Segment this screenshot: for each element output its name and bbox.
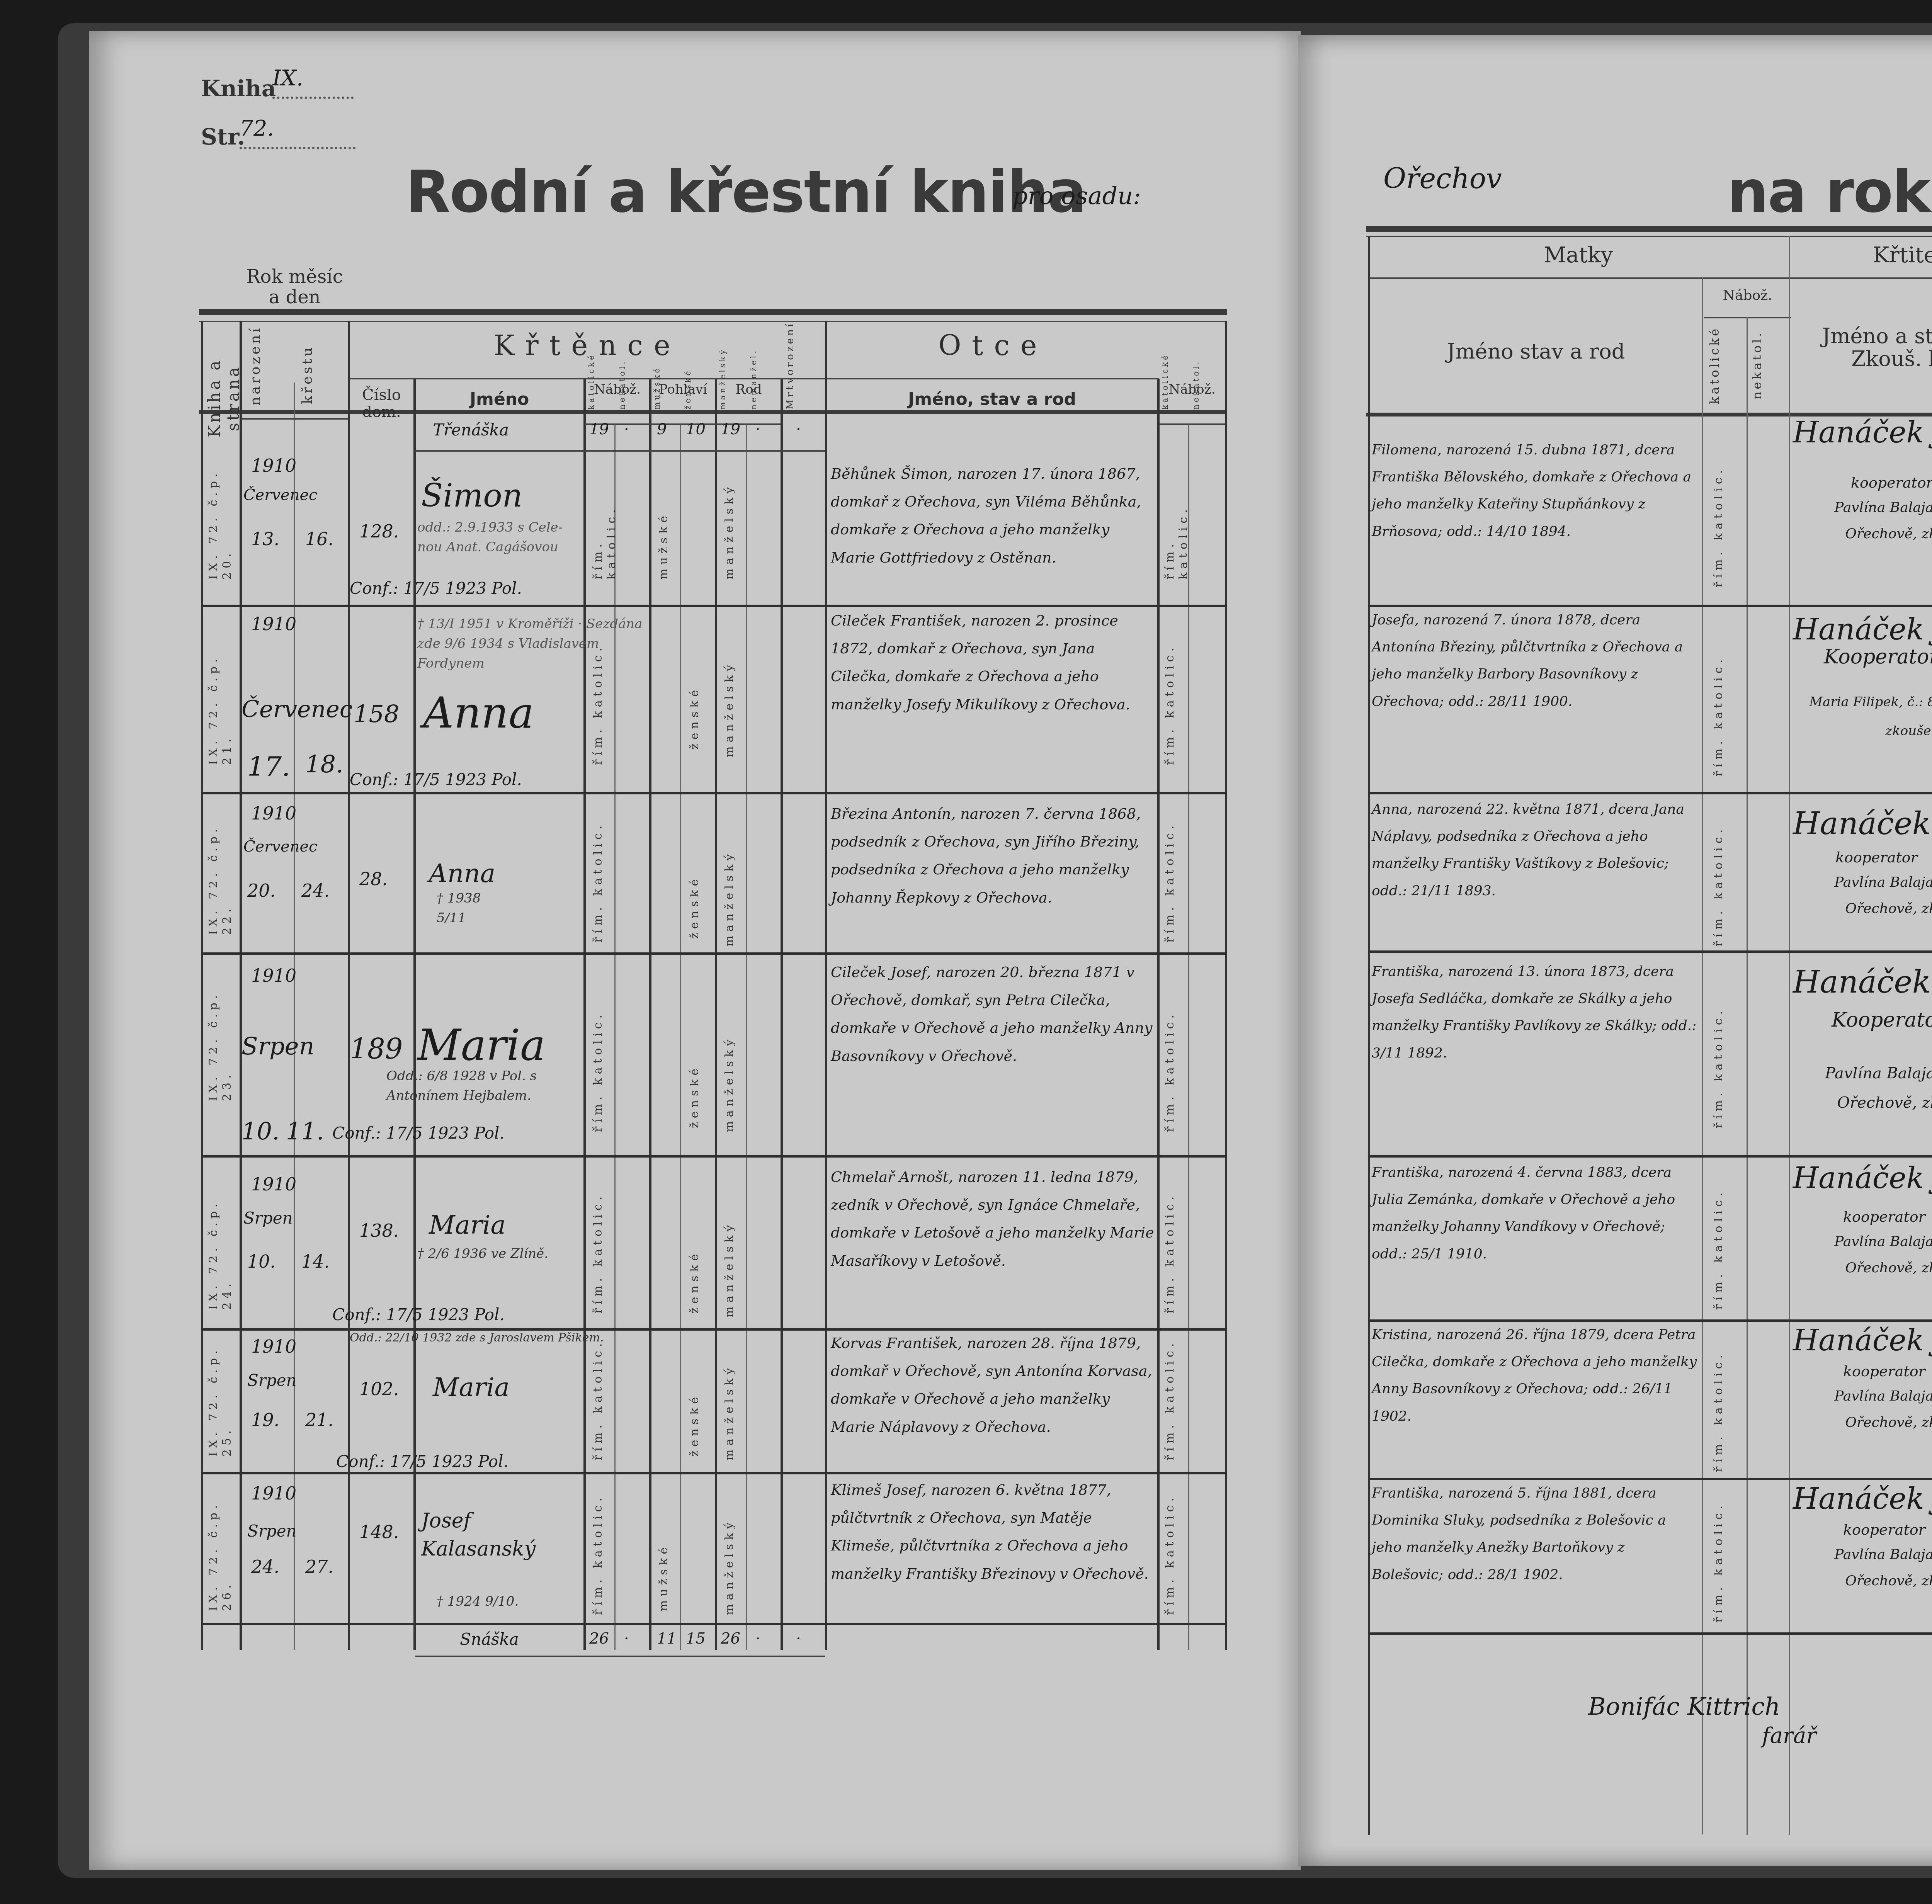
summary-katolicke: 26 bbox=[589, 1627, 609, 1651]
entry-baptism-day: 14. bbox=[301, 1248, 330, 1275]
hdr-otce-jmeno: Jméno, stav a rod bbox=[827, 390, 1157, 409]
entry-baptizer: Hanáček Josef bbox=[1793, 800, 1932, 848]
entry-birth-day: 13. bbox=[251, 525, 279, 553]
entry-baptizer: Hanáček Josef bbox=[1793, 1155, 1932, 1201]
entry-birth-day: 24. bbox=[251, 1553, 279, 1581]
priest-title: farář bbox=[1762, 1723, 1816, 1748]
entry-father-religion: řím. katolic. bbox=[1163, 970, 1177, 1132]
row-line bbox=[201, 952, 1227, 955]
entry-midwife: Maria Filipek, č.: 83 v Ořechově, zkouše… bbox=[1797, 688, 1932, 746]
col-line bbox=[649, 379, 651, 1650]
entry-house-number: 138. bbox=[359, 1217, 399, 1244]
str-value: 72. bbox=[240, 116, 355, 149]
entry-confirmation: Conf.: 17/5 1923 Pol. bbox=[350, 576, 522, 601]
entry-sex: mužské bbox=[657, 479, 670, 580]
row-line bbox=[1368, 950, 1932, 953]
entry-baptizer-title: Kooperator. bbox=[1824, 641, 1932, 673]
row-line bbox=[201, 1623, 1227, 1625]
summary-muzske: 11 bbox=[657, 1627, 677, 1651]
entry-baptizer-title: kooperator bbox=[1843, 1205, 1925, 1228]
entry-father: Běhůnek Šimon, narozen 17. února 1867, d… bbox=[831, 460, 1155, 571]
header-rule bbox=[199, 309, 1227, 315]
entry-religion: řím. katolic. bbox=[591, 1337, 605, 1460]
col-line bbox=[201, 321, 203, 1650]
header-subline bbox=[1368, 277, 1932, 279]
carry-over-label: Třenáška bbox=[433, 417, 509, 442]
entry-midwife: Pavlína Balaja, č.: 101 v Ořechově, zkou… bbox=[1797, 1229, 1932, 1282]
entry-note: Odd.: 6/8 1928 v Pol. s Antonínem Hejbal… bbox=[386, 1066, 583, 1106]
entry-baptism-day: 18. bbox=[305, 746, 344, 783]
carry-mrtvorozeni: · bbox=[796, 417, 801, 441]
entry-child-name: Josef Kalasanský bbox=[421, 1507, 583, 1563]
entry-mother: Františka, narozená 13. února 1873, dcer… bbox=[1372, 958, 1700, 1067]
entry-house-number: 128. bbox=[359, 518, 399, 545]
hdr-nemanzel: nemanžel. bbox=[749, 386, 776, 410]
hdr-jmeno: Jméno bbox=[415, 390, 583, 409]
hdr-matky-nekatol: nekatol. bbox=[1750, 321, 1788, 410]
col-line bbox=[1188, 425, 1189, 1650]
entry-sex: mužské bbox=[657, 1495, 670, 1611]
entry-house-number: 102. bbox=[359, 1375, 399, 1403]
entry-midwife: Pavlína Balaja, č.: 101 v Ořechově, zkou… bbox=[1797, 869, 1932, 922]
col-line bbox=[715, 379, 717, 1650]
entry-month: Srpen bbox=[247, 1518, 297, 1544]
entry-confirmation: Conf.: 17/5 1923 Pol. bbox=[350, 767, 522, 792]
col-line bbox=[746, 425, 747, 1650]
entry-baptism-day: 24. bbox=[301, 877, 330, 904]
entry-mother: Kristina, narozená 26. října 1879, dcera… bbox=[1372, 1321, 1700, 1430]
entry-father: Korvas František, narozen 28. října 1879… bbox=[831, 1329, 1155, 1441]
hdr-otce-nekatol: nekatol. bbox=[1191, 386, 1218, 410]
entry-month: Červenec bbox=[241, 692, 352, 728]
entry-note: Odd.: 22/10 1932 zde s Jaroslavem Pšikem… bbox=[350, 1329, 659, 1346]
summary-manzelsky: 26 bbox=[721, 1627, 740, 1651]
col-line bbox=[294, 382, 295, 1650]
entry-mother: Josefa, narozená 7. února 1878, dcera An… bbox=[1372, 607, 1700, 715]
entry-baptizer-title: kooperator bbox=[1835, 846, 1918, 869]
entry-sex: ženské bbox=[688, 823, 701, 939]
hdr-rok: Rok měsíc a den bbox=[241, 267, 348, 308]
entry-legitimacy: manželský bbox=[723, 1337, 736, 1460]
str-label: Str. bbox=[201, 124, 245, 150]
entry-child-name: Šimon bbox=[421, 471, 522, 520]
row-line bbox=[201, 1155, 1227, 1158]
hdr-otce: Otce bbox=[827, 330, 1159, 361]
entry-kniha: IX. 72. č.p. 26. bbox=[207, 1480, 234, 1611]
entry-baptizer-title: kooperator bbox=[1851, 471, 1932, 494]
entry-confirmation: Conf.: 17/5 1923 Pol. bbox=[332, 1120, 505, 1146]
entry-month: Srpen bbox=[243, 1205, 293, 1231]
entry-father: Březina Antonín, narozen 7. června 1868,… bbox=[831, 800, 1155, 911]
entry-baptism-day: 21. bbox=[305, 1406, 333, 1434]
entry-mother: Filomena, narozená 15. dubna 1871, dcera… bbox=[1372, 437, 1700, 545]
col-line bbox=[825, 321, 827, 1650]
col-line bbox=[583, 379, 586, 1650]
entry-month: Srpen bbox=[247, 1368, 297, 1393]
entry-religion: řím. katolic. bbox=[591, 464, 618, 580]
entry-religion: řím. katolic. bbox=[591, 970, 605, 1132]
entry-birth-day: 10. bbox=[241, 1113, 280, 1150]
entry-religion: řím. katolic. bbox=[591, 1167, 605, 1314]
entry-month: Červenec bbox=[243, 835, 318, 858]
register-title: Rodní a křestní kniha bbox=[406, 158, 1086, 226]
header-subline bbox=[585, 423, 781, 425]
header-subline bbox=[241, 418, 348, 420]
hdr-krtitele: Křtitele bbox=[1789, 243, 1932, 267]
entry-house-number: 158 bbox=[354, 695, 399, 733]
entry-note: † 1938 5/11 bbox=[437, 889, 514, 928]
hdr-zenske: ženské bbox=[683, 386, 710, 410]
entry-father-religion: řím. katolic. bbox=[1163, 1337, 1177, 1460]
entry-father: Cileček Josef, narozen 20. března 1871 v… bbox=[831, 958, 1155, 1070]
entry-mother: Františka, narozená 5. října 1881, dcera… bbox=[1372, 1480, 1700, 1588]
entry-kniha: IX. 72. č.p. 21. bbox=[207, 618, 234, 765]
col-line bbox=[240, 321, 242, 1650]
summary-label: Snáška bbox=[460, 1627, 519, 1652]
entry-midwife: Pavlína Balaja, č.: 101 v Ořechově, zkou… bbox=[1797, 1542, 1932, 1595]
entry-child-name: Maria bbox=[429, 1205, 506, 1245]
carry-muzske: 9 bbox=[657, 417, 667, 441]
entry-religion: řím. katolic. bbox=[591, 618, 605, 765]
carry-nekatol: · bbox=[624, 417, 629, 441]
entry-legitimacy: manželský bbox=[723, 467, 736, 580]
entry-father-religion: řím. katolic. bbox=[1163, 811, 1177, 943]
col-line bbox=[1702, 277, 1703, 1834]
summary-nemanzel: · bbox=[755, 1627, 760, 1651]
entry-father-religion: řím. katolic. bbox=[1163, 464, 1190, 580]
entry-note: † 2/6 1936 ve Zlíně. bbox=[417, 1244, 583, 1264]
carry-line bbox=[415, 450, 825, 452]
parish-name: Ořechov bbox=[1383, 162, 1502, 195]
hdr-krtitele-jmeno: Jméno a stav jeho Zkouš. bába bbox=[1791, 325, 1932, 371]
entry-midwife: Pavlína Balaja, č.: 101 v Ořechově, zkou… bbox=[1797, 1383, 1932, 1436]
carry-zenske: 10 bbox=[686, 417, 706, 441]
entry-year: 1910 bbox=[251, 1480, 296, 1507]
entry-midwife: Pavlína Balaja, č.: 101 v Ořechově, zkou… bbox=[1797, 495, 1932, 547]
carry-katolicke: 19 bbox=[589, 417, 609, 441]
summary-line bbox=[415, 1656, 825, 1657]
entry-father-religion: řím. katolic. bbox=[1163, 1167, 1177, 1314]
col-line bbox=[1157, 379, 1160, 1650]
entry-birth-day: 20. bbox=[247, 877, 276, 904]
header-rule-thin bbox=[199, 321, 1227, 322]
entry-year: 1910 bbox=[251, 1333, 296, 1360]
row-line bbox=[201, 792, 1227, 794]
entry-birth-day: 17. bbox=[247, 746, 290, 788]
col-line bbox=[781, 379, 783, 1650]
entry-baptizer: Hanáček Josef bbox=[1793, 410, 1932, 455]
entry-baptism-day: 27. bbox=[305, 1553, 333, 1581]
summary-zenske: 15 bbox=[686, 1627, 706, 1651]
entry-legitimacy: manželský bbox=[723, 626, 736, 757]
col-line bbox=[1225, 321, 1227, 1650]
entry-kniha: IX. 72. č.p. 24. bbox=[207, 1163, 234, 1310]
entry-note: † 1924 9/10. bbox=[437, 1592, 522, 1612]
hdr-krestu: křestu bbox=[299, 344, 342, 406]
col-line bbox=[614, 425, 616, 1650]
entry-father-religion: řím. katolic. bbox=[1163, 1484, 1177, 1615]
entry-baptism-day: 16. bbox=[305, 525, 333, 553]
entry-child-name: Maria bbox=[433, 1368, 510, 1407]
entry-baptizer: Hanáček Josef bbox=[1793, 1476, 1932, 1521]
hdr-matky: Matky bbox=[1368, 243, 1789, 267]
entry-baptizer: Hanáček Josef bbox=[1793, 958, 1932, 1006]
entry-mother: Anna, narozená 22. května 1871, dcera Ja… bbox=[1372, 796, 1700, 904]
summary-mrtvorozeni: · bbox=[796, 1627, 801, 1651]
entry-house-number: 148. bbox=[359, 1518, 399, 1546]
entry-confirmation: Conf.: 17/5 1923 Pol. bbox=[332, 1302, 505, 1327]
entry-kniha: IX. 72. č.p. 23. bbox=[207, 962, 234, 1101]
header-subline bbox=[827, 378, 1159, 379]
entry-mother-religion: řím. katolic. bbox=[1712, 1325, 1725, 1472]
parish-prefix: pro osadu: bbox=[1012, 182, 1141, 210]
entry-mother-religion: řím. katolic. bbox=[1712, 800, 1725, 947]
entry-sex: ženské bbox=[688, 1348, 701, 1457]
entry-father: Chmelař Arnošt, narozen 11. ledna 1879, … bbox=[831, 1163, 1155, 1275]
entry-month: Červenec bbox=[243, 483, 318, 507]
hdr-matky-naboz: Nábož. bbox=[1704, 288, 1791, 303]
entry-birth-day: 10. bbox=[247, 1248, 276, 1275]
entry-year: 1910 bbox=[251, 452, 296, 479]
kniha-label: Kniha bbox=[201, 75, 276, 102]
entry-year: 1910 bbox=[251, 800, 296, 827]
header-subline bbox=[1159, 423, 1225, 425]
entry-baptizer-title: Kooperator bbox=[1832, 1005, 1932, 1036]
row-line bbox=[1368, 792, 1932, 794]
col-line bbox=[1789, 236, 1790, 1835]
entry-note: odd.: 2.9.1933 s Cele-nou Anat. Cagášovo… bbox=[417, 518, 583, 557]
carry-manzelsky: 19 bbox=[721, 417, 740, 441]
entry-birth-day: 19. bbox=[251, 1406, 279, 1434]
entry-religion: řím. katolic. bbox=[591, 1484, 605, 1615]
entry-legitimacy: manželský bbox=[723, 977, 736, 1132]
entry-mother-religion: řím. katolic. bbox=[1712, 433, 1725, 587]
entry-father: Cileček František, narozen 2. prosince 1… bbox=[831, 607, 1155, 718]
hdr-matky-jmeno: Jméno stav a rod bbox=[1370, 340, 1702, 363]
hdr-mrtvorozeni: Mrtvorození bbox=[784, 382, 823, 410]
year-title: na rok 1 bbox=[1727, 158, 1932, 226]
entry-sex: ženské bbox=[688, 634, 701, 750]
entry-confirmation: Conf.: 17/5 1923 Pol. bbox=[336, 1449, 509, 1474]
entry-child-name: Anna bbox=[423, 680, 534, 746]
header-rule-thin bbox=[1366, 236, 1932, 237]
entry-baptism-day: 11. bbox=[286, 1113, 324, 1150]
entry-legitimacy: manželský bbox=[723, 1484, 736, 1615]
entry-month: Srpen bbox=[241, 1028, 314, 1065]
entry-house-number: 28. bbox=[359, 865, 388, 893]
entry-midwife: Pavlína Balaja, č.: 101 v Ořechově, zkou… bbox=[1797, 1059, 1932, 1117]
priest-signature: Bonifác Kittrich bbox=[1588, 1692, 1780, 1720]
entry-kniha: IX. 72. č.p. 25. bbox=[207, 1333, 234, 1457]
col-line bbox=[680, 425, 681, 1650]
entry-mother-religion: řím. katolic. bbox=[1712, 614, 1725, 777]
entry-baptizer-title: kooperator bbox=[1843, 1518, 1925, 1541]
row-line bbox=[1368, 1632, 1932, 1635]
entry-baptizer-title: kooperator bbox=[1843, 1360, 1925, 1383]
entry-religion: řím. katolic. bbox=[591, 811, 605, 943]
entry-mother-religion: řím. katolic. bbox=[1712, 1163, 1725, 1310]
entry-child-name: Anna bbox=[429, 854, 495, 893]
entry-kniha: IX. 72. č.p. 20. bbox=[207, 452, 234, 580]
entry-mother: Františka, narozená 4. června 1883, dcer… bbox=[1372, 1159, 1700, 1268]
entry-baptizer: Hanáček Josef bbox=[1793, 1317, 1932, 1363]
hdr-otce-katolicke: katolické bbox=[1160, 386, 1187, 410]
entry-mother-religion: řím. katolic. bbox=[1712, 966, 1725, 1128]
header-rule bbox=[1366, 226, 1932, 232]
col-line bbox=[1747, 317, 1748, 1835]
hdr-manzelsky: manželský bbox=[718, 386, 745, 410]
entry-mother-religion: řím. katolic. bbox=[1712, 1484, 1725, 1623]
hdr-cislo: Číslo dom. bbox=[350, 386, 413, 420]
entry-father: Klimeš Josef, narozen 6. května 1877, pů… bbox=[831, 1476, 1155, 1588]
entry-year: 1910 bbox=[251, 610, 296, 638]
entry-year: 1910 bbox=[251, 962, 296, 989]
entry-sex: ženské bbox=[688, 1182, 701, 1314]
hdr-narozeni: narození bbox=[247, 344, 290, 406]
entry-kniha: IX. 72. č.p. 22. bbox=[207, 804, 234, 935]
entry-legitimacy: manželský bbox=[723, 1171, 736, 1317]
carry-nemanzel: · bbox=[755, 417, 760, 441]
kniha-value: IX. bbox=[272, 66, 354, 99]
hdr-nekatol: nekatol. bbox=[617, 386, 645, 410]
entry-year: 1910 bbox=[251, 1171, 296, 1198]
hdr-katolicke: katolické bbox=[587, 386, 614, 410]
hdr-muzske: mužské bbox=[652, 386, 679, 410]
hdr-matky-katolicke: katolické bbox=[1707, 321, 1746, 410]
entry-legitimacy: manželský bbox=[723, 815, 736, 947]
hdr-kniha-strana: Kniha a strana bbox=[205, 325, 236, 471]
summary-nekatol: · bbox=[624, 1627, 629, 1651]
entry-house-number: 189 bbox=[350, 1028, 403, 1071]
entry-note: † 13/I 1951 v Kroměříži · Sezdána zde 9/… bbox=[417, 614, 649, 673]
col-line bbox=[1368, 236, 1370, 1835]
entry-father-religion: řím. katolic. bbox=[1163, 618, 1177, 765]
entry-sex: ženské bbox=[688, 989, 701, 1128]
